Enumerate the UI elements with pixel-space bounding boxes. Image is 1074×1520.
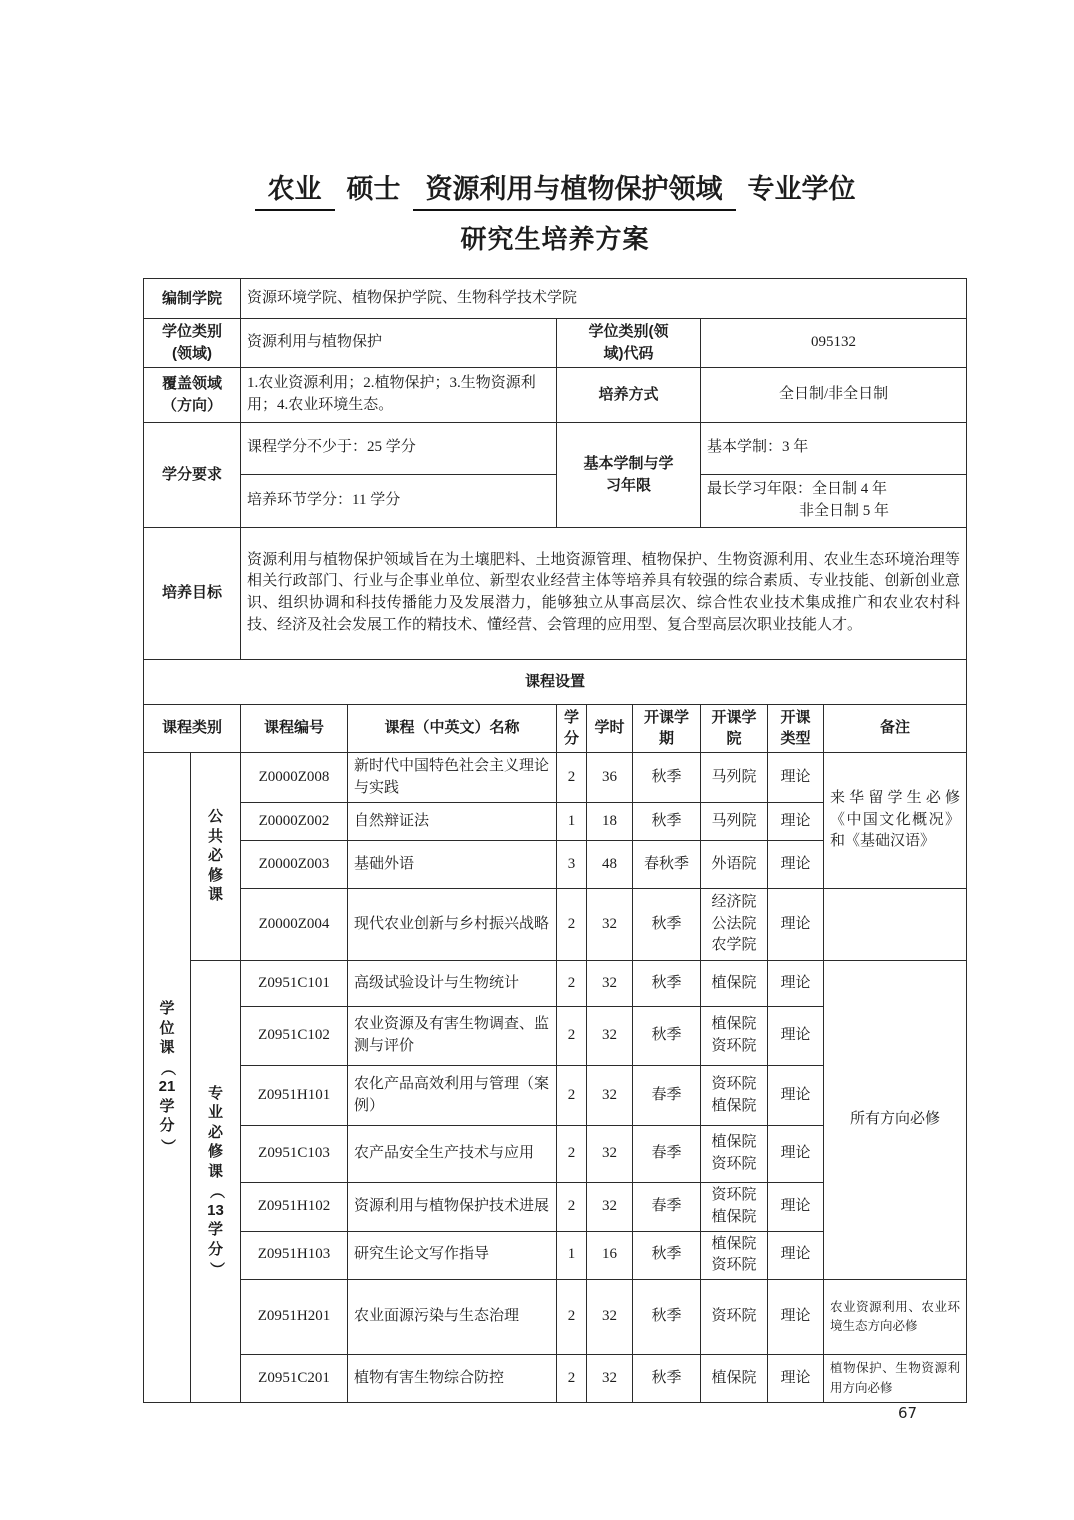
course-code: Z0951C101 (241, 961, 348, 1007)
course-college: 外语院 (701, 841, 768, 889)
course-remark (824, 889, 967, 961)
objective-value: 资源利用与植物保护领域旨在为土壤肥料、土地资源管理、植物保护、生物资源利用、农业… (241, 527, 967, 659)
course-code: Z0951H103 (241, 1231, 348, 1280)
course-code: Z0000Z002 (241, 803, 348, 841)
course-name: 农产品安全生产技术与应用 (348, 1126, 557, 1183)
degree-code-value: 095132 (701, 319, 967, 368)
course-credits: 2 (557, 1007, 587, 1066)
course-term: 秋季 (633, 1280, 701, 1355)
course-hours: 48 (587, 841, 633, 889)
course-name: 资源利用与植物保护技术进展 (348, 1183, 557, 1232)
course-term: 秋季 (633, 1355, 701, 1403)
title-degree-field: 农业 (255, 172, 335, 211)
course-code: Z0951H102 (241, 1183, 348, 1232)
course-name: 基础外语 (348, 841, 557, 889)
training-credit-requirement: 培养环节学分：11 学分 (241, 474, 557, 527)
degree-category-value: 资源利用与植物保护 (241, 319, 557, 368)
course-hours: 32 (587, 1007, 633, 1066)
page-number: 67 (898, 1404, 917, 1422)
course-credits: 2 (557, 1280, 587, 1355)
header-term: 开课学期 (633, 704, 701, 753)
header-course-category: 课程类别 (144, 704, 241, 753)
course-credits: 2 (557, 1183, 587, 1232)
course-remark: 植物保护、生物资源利用方向必修 (824, 1355, 967, 1403)
document-title: 农业硕士资源利用与植物保护领域专业学位 研究生培养方案 (125, 172, 985, 256)
course-credits: 1 (557, 1231, 587, 1280)
header-type: 开课类型 (768, 704, 824, 753)
course-term: 秋季 (633, 961, 701, 1007)
course-type: 理论 (768, 1126, 824, 1183)
course-code: Z0000Z004 (241, 889, 348, 961)
degree-category-label: 学位类别 (领域) (144, 319, 241, 368)
course-term: 秋季 (633, 803, 701, 841)
header-remark: 备注 (824, 704, 967, 753)
course-term: 春季 (633, 1183, 701, 1232)
course-hours: 32 (587, 1355, 633, 1403)
course-section-title: 课程设置 (144, 659, 967, 704)
course-code: Z0951H101 (241, 1066, 348, 1126)
course-credits: 2 (557, 753, 587, 803)
course-college: 马列院 (701, 803, 768, 841)
header-course-name: 课程（中英文）名称 (348, 704, 557, 753)
course-credit-requirement: 课程学分不少于：25 学分 (241, 422, 557, 474)
title-degree-level: 硕士 (347, 172, 401, 209)
course-hours: 32 (587, 1183, 633, 1232)
degree-code-label: 学位类别(领 域)代码 (557, 319, 701, 368)
course-name: 自然辩证法 (348, 803, 557, 841)
course-name: 现代农业创新与乡村振兴战略 (348, 889, 557, 961)
category-public-required-label: 公共必修课 (197, 809, 234, 904)
course-name: 高级试验设计与生物统计 (348, 961, 557, 1007)
header-credits: 学分 (557, 704, 587, 753)
coverage-label: 覆盖领域 （方向） (144, 367, 241, 422)
course-name: 农业面源污染与生态治理 (348, 1280, 557, 1355)
course-type: 理论 (768, 1007, 824, 1066)
course-credits: 2 (557, 1355, 587, 1403)
title-suffix: 专业学位 (748, 172, 856, 209)
basic-schooling-value: 基本学制：3 年 (701, 422, 967, 474)
course-type: 理论 (768, 803, 824, 841)
document-page: 农业硕士资源利用与植物保护领域专业学位 研究生培养方案 编制学院 资源环境学院、… (0, 0, 1074, 1520)
course-type: 理论 (768, 1066, 824, 1126)
course-hours: 18 (587, 803, 633, 841)
course-college: 植保院 (701, 1355, 768, 1403)
header-college: 开课学院 (701, 704, 768, 753)
header-hours: 学时 (587, 704, 633, 753)
category-public-required: 公共必修课 (191, 753, 241, 961)
course-code: Z0000Z003 (241, 841, 348, 889)
max-schooling-line2: 非全日制 5 年 (707, 501, 960, 523)
coverage-value: 1.农业资源利用；2.植物保护；3.生物资源利用；4.农业环境生态。 (241, 367, 557, 422)
course-hours: 32 (587, 1066, 633, 1126)
course-term: 春秋季 (633, 841, 701, 889)
compile-college-value: 资源环境学院、植物保护学院、生物科学技术学院 (241, 279, 967, 319)
course-college: 植保院 (701, 961, 768, 1007)
category-degree-course: 学位课（21学分） (144, 753, 191, 1403)
course-name: 农业资源及有害生物调查、监测与评价 (348, 1007, 557, 1066)
category-degree-course-label: 学位课（21学分） (150, 1001, 184, 1154)
course-hours: 16 (587, 1231, 633, 1280)
objective-label: 培养目标 (144, 527, 241, 659)
course-term: 春季 (633, 1126, 701, 1183)
course-hours: 32 (587, 1280, 633, 1355)
course-hours: 32 (587, 1126, 633, 1183)
course-college: 资环院 植保院 (701, 1183, 768, 1232)
schooling-years-label: 基本学制与学 习年限 (557, 422, 701, 527)
course-type: 理论 (768, 753, 824, 803)
course-type: 理论 (768, 961, 824, 1007)
header-course-code: 课程编号 (241, 704, 348, 753)
training-plan-table: 编制学院 资源环境学院、植物保护学院、生物科学技术学院 学位类别 (领域) 资源… (143, 278, 967, 1403)
course-college: 植保院 资环院 (701, 1007, 768, 1066)
course-type: 理论 (768, 1355, 824, 1403)
course-name: 农化产品高效利用与管理（案例） (348, 1066, 557, 1126)
course-college: 马列院 (701, 753, 768, 803)
course-code: Z0951C103 (241, 1126, 348, 1183)
course-credits: 3 (557, 841, 587, 889)
title-line-2: 研究生培养方案 (125, 219, 985, 256)
course-credits: 2 (557, 1126, 587, 1183)
course-code: Z0951C201 (241, 1355, 348, 1403)
course-term: 春季 (633, 1066, 701, 1126)
course-college: 资环院 (701, 1280, 768, 1355)
course-name: 新时代中国特色社会主义理论与实践 (348, 753, 557, 803)
course-type: 理论 (768, 1280, 824, 1355)
credit-requirement-label: 学分要求 (144, 422, 241, 527)
course-hours: 32 (587, 961, 633, 1007)
training-mode-label: 培养方式 (557, 367, 701, 422)
course-credits: 2 (557, 961, 587, 1007)
course-code: Z0951C102 (241, 1007, 348, 1066)
course-term: 秋季 (633, 1231, 701, 1280)
course-term: 秋季 (633, 1007, 701, 1066)
compile-college-label: 编制学院 (144, 279, 241, 319)
category-professional-required: 专业必修课（13学分） (191, 961, 241, 1403)
course-remark: 所有方向必修 (824, 961, 967, 1280)
course-credits: 2 (557, 889, 587, 961)
course-college: 植保院 资环院 (701, 1231, 768, 1280)
title-domain: 资源利用与植物保护领域 (413, 172, 736, 211)
course-college: 经济院 公法院 农学院 (701, 889, 768, 961)
course-type: 理论 (768, 889, 824, 961)
course-name: 植物有害生物综合防控 (348, 1355, 557, 1403)
training-mode-value: 全日制/非全日制 (701, 367, 967, 422)
course-remark: 农业资源利用、农业环境生态方向必修 (824, 1280, 967, 1355)
max-schooling-value: 最长学习年限：全日制 4 年 非全日制 5 年 (701, 474, 967, 527)
course-name: 研究生论文写作指导 (348, 1231, 557, 1280)
course-credits: 1 (557, 803, 587, 841)
max-schooling-line1: 最长学习年限：全日制 4 年 (707, 479, 960, 501)
course-code: Z0951H201 (241, 1280, 348, 1355)
course-term: 秋季 (633, 753, 701, 803)
course-type: 理论 (768, 1183, 824, 1232)
course-remark: 来华留学生必修《中国文化概况》和《基础汉语》 (824, 753, 967, 889)
course-college: 资环院 植保院 (701, 1066, 768, 1126)
course-credits: 2 (557, 1066, 587, 1126)
title-line-1: 农业硕士资源利用与植物保护领域专业学位 (125, 172, 985, 211)
course-college: 植保院 资环院 (701, 1126, 768, 1183)
course-hours: 36 (587, 753, 633, 803)
course-hours: 32 (587, 889, 633, 961)
course-type: 理论 (768, 841, 824, 889)
course-type: 理论 (768, 1231, 824, 1280)
category-professional-required-label: 专业必修课（13学分） (197, 1086, 234, 1278)
course-code: Z0000Z008 (241, 753, 348, 803)
course-term: 秋季 (633, 889, 701, 961)
